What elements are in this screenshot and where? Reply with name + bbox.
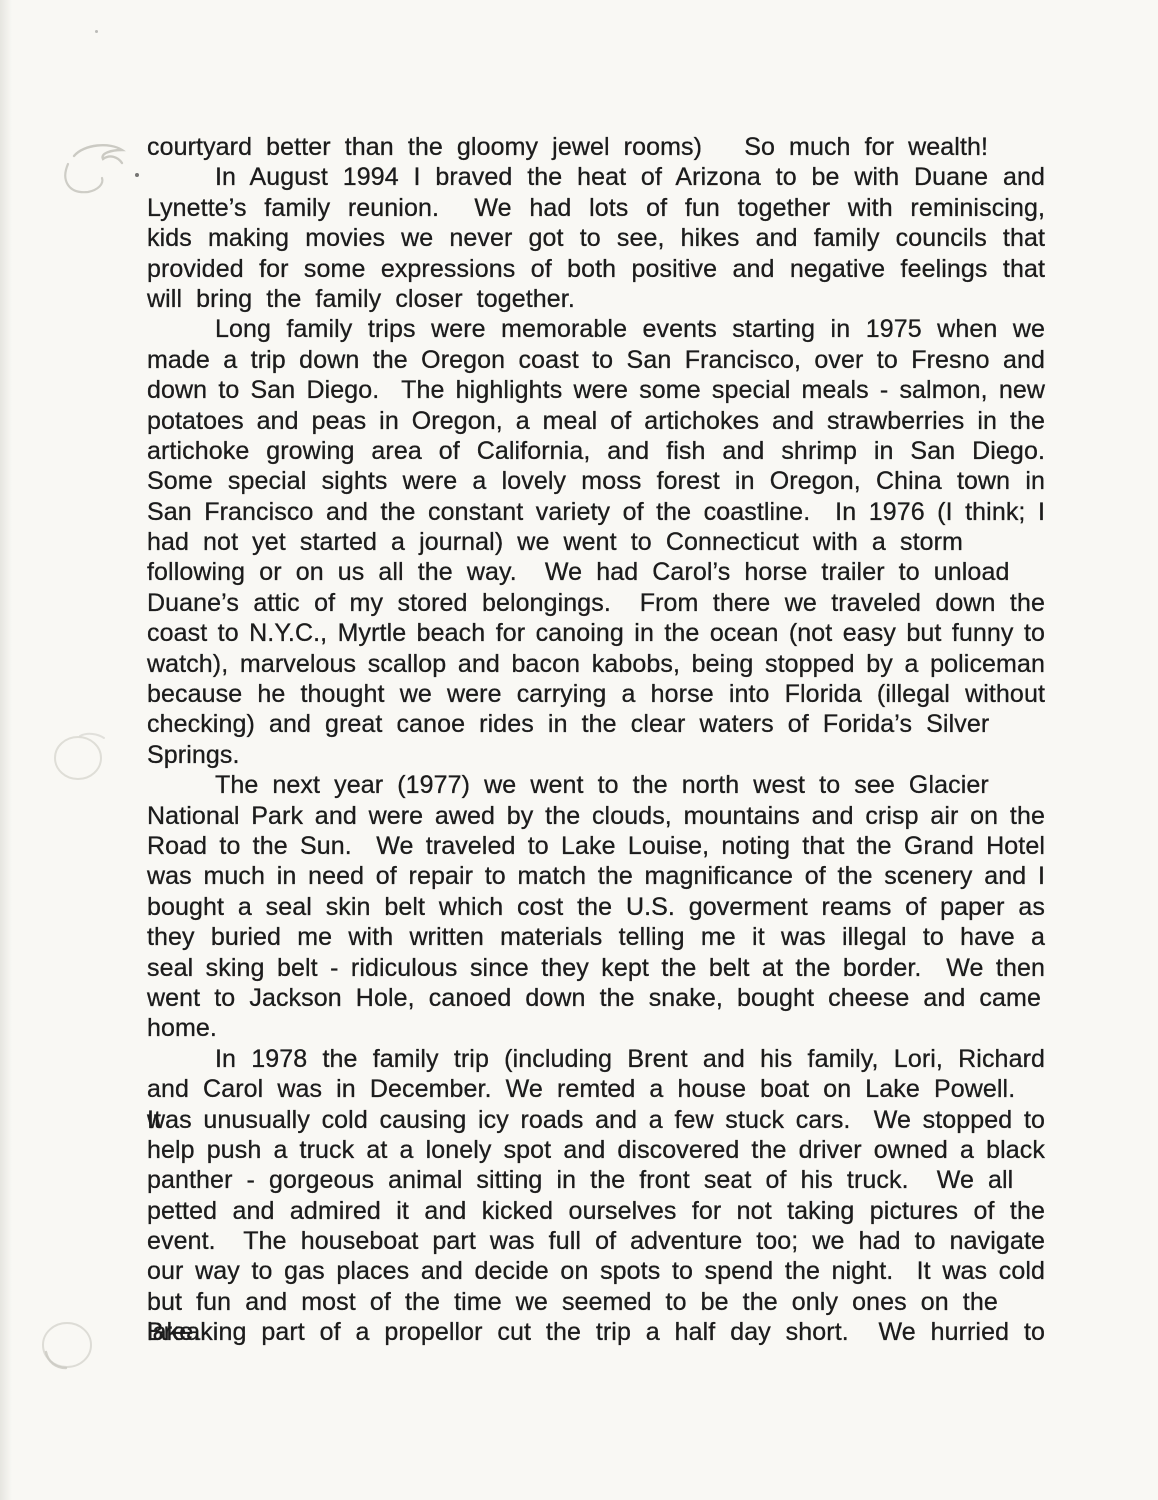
text-line: The next year (1977) we went to the nort… bbox=[147, 770, 1045, 800]
text-line: potatoes and peas in Oregon, a meal of a… bbox=[147, 406, 1045, 436]
text-line: panther - gorgeous animal sitting in the… bbox=[147, 1165, 1045, 1195]
text-line: kids making movies we never got to see, … bbox=[147, 223, 1045, 253]
text-line: Breaking part of a propellor cut the tri… bbox=[147, 1317, 1045, 1347]
text-line: provided for some expressions of both po… bbox=[147, 254, 1045, 284]
text-line: home. bbox=[147, 1013, 1045, 1043]
text-line: In August 1994 I braved the heat of Ariz… bbox=[147, 162, 1045, 192]
typed-text-block: courtyard better than the gloomy jewel r… bbox=[147, 132, 1045, 1348]
punch-hole-ghost-bottom bbox=[38, 1318, 98, 1374]
text-line: went to Jackson Hole, canoed down the sn… bbox=[147, 983, 1045, 1013]
text-line: courtyard better than the gloomy jewel r… bbox=[147, 132, 1045, 162]
text-line: San Francisco and the constant variety o… bbox=[147, 497, 1045, 527]
scan-edge-shadow bbox=[0, 0, 12, 1500]
text-line: Lynette’s family reunion. We had lots of… bbox=[147, 193, 1045, 223]
text-line: Some special sights were a lovely moss f… bbox=[147, 466, 1045, 496]
punch-hole-ghost-middle bbox=[50, 728, 110, 784]
text-line: Road to the Sun. We traveled to Lake Lou… bbox=[147, 831, 1045, 861]
text-line: because he thought we were carrying a ho… bbox=[147, 679, 1045, 709]
text-line: artichoke growing area of California, an… bbox=[147, 436, 1045, 466]
text-line: Long family trips were memorable events … bbox=[147, 314, 1045, 344]
text-line: but fun and most of the time we seemed t… bbox=[147, 1287, 1045, 1317]
text-line: made a trip down the Oregon coast to San… bbox=[147, 345, 1045, 375]
text-line: petted and admired it and kicked ourselv… bbox=[147, 1196, 1045, 1226]
text-line: was unusually cold causing icy roads and… bbox=[147, 1105, 1045, 1135]
text-line: following or on us all the way. We had C… bbox=[147, 557, 1045, 587]
text-line: coast to N.Y.C., Myrtle beach for canoin… bbox=[147, 618, 1045, 648]
pencil-squiggle-mark bbox=[56, 140, 134, 202]
text-line: National Park and were awed by the cloud… bbox=[147, 801, 1045, 831]
text-line: and Carol was in December. We remted a h… bbox=[147, 1074, 1045, 1104]
text-line: had not yet started a journal) we went t… bbox=[147, 527, 1045, 557]
text-line: checking) and great canoe rides in the c… bbox=[147, 709, 1045, 739]
text-line: In 1978 the family trip (including Brent… bbox=[147, 1044, 1045, 1074]
paper-sheet: courtyard better than the gloomy jewel r… bbox=[0, 0, 1158, 1500]
text-line: seal sking belt - ridiculous since they … bbox=[147, 953, 1045, 983]
ink-speck bbox=[135, 173, 139, 177]
text-line: was much in need of repair to match the … bbox=[147, 861, 1045, 891]
text-line: event. The houseboat part was full of ad… bbox=[147, 1226, 1045, 1256]
text-line: down to San Diego. The highlights were s… bbox=[147, 375, 1045, 405]
ink-speck bbox=[95, 30, 98, 33]
text-line: bought a seal skin belt which cost the U… bbox=[147, 892, 1045, 922]
text-line: watch), marvelous scallop and bacon kabo… bbox=[147, 649, 1045, 679]
text-line: will bring the family closer together. bbox=[147, 284, 1045, 314]
scanned-document-page: { "theme": { "paper": "#f9f8f4", "ink": … bbox=[0, 0, 1158, 1500]
text-line: they buried me with written materials te… bbox=[147, 922, 1045, 952]
text-line: Duane’s attic of my stored belongings. F… bbox=[147, 588, 1045, 618]
text-line: Springs. bbox=[147, 740, 1045, 770]
text-line: our way to gas places and decide on spot… bbox=[147, 1256, 1045, 1286]
text-line: help push a truck at a lonely spot and d… bbox=[147, 1135, 1045, 1165]
